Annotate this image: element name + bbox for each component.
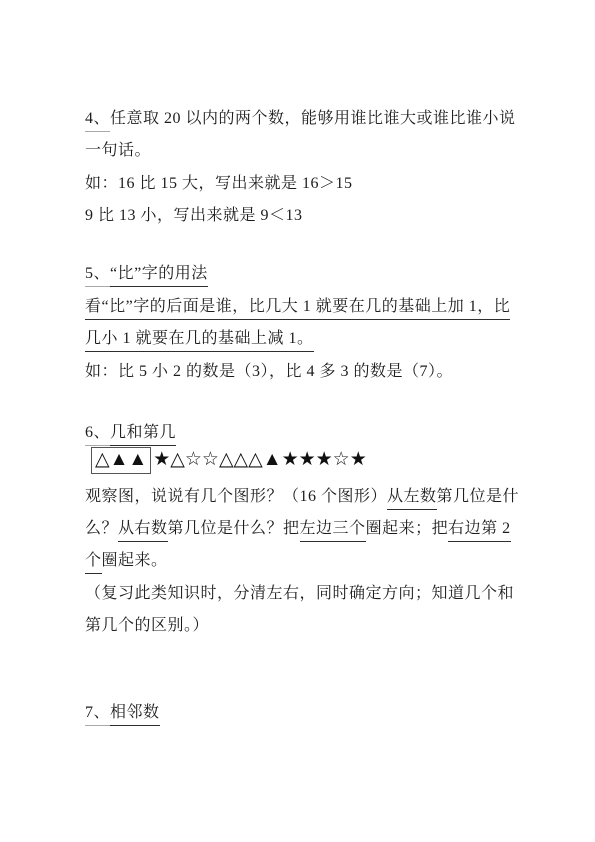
item7-heading: 7、相邻数 [85, 703, 160, 726]
item6-question-line-3: 个圈起来。 [85, 551, 168, 574]
item4-example2-text: 9 比 13 小，写出来就是 9＜13 [85, 207, 303, 224]
question-underline-from-right: 从右数 [118, 519, 168, 542]
shapes-sequence: ★△☆☆△△△▲★★★☆★ [153, 449, 367, 470]
item4-line-2: 一句话。 [85, 141, 151, 161]
question-text-1: 观察图，说说有几个图形？（16 个图形） [85, 488, 387, 505]
item5-rule-line-2: 几小 1 就要在几的基础上减 1。 [85, 329, 314, 352]
question-underline-ge: 个 [85, 551, 102, 574]
item5-example-text: 如：比 5 小 2 的数是（3），比 4 多 3 的数是（7）。 [85, 363, 453, 380]
item6-note-line-1: （复习此类知识时，分清左右，同时确定方向；知道几个和 [85, 584, 514, 604]
item4-example-2: 9 比 13 小，写出来就是 9＜13 [85, 206, 303, 226]
note-text-1: （复习此类知识时，分清左右，同时确定方向；知道几个和 [85, 585, 514, 602]
item6-note-line-2: 第几个的区别。） [85, 616, 209, 636]
item5-heading-text: “比”字的用法 [110, 264, 208, 287]
item7-number: 7、 [85, 703, 110, 726]
document-page: 4、任意取 20 以内的两个数，能够用谁比谁大或谁比谁小说 一句话。 如：16 … [0, 0, 595, 842]
item4-example1-text: 如：16 比 15 大，写出来就是 16＞15 [85, 175, 353, 192]
item5-rule-line-1: 看“比”字的后面是谁，比几大 1 就要在几的基础上加 1，比 [85, 297, 510, 320]
question-text-5: 圈起来；把 [366, 520, 449, 537]
item4-text-part1: 任意取 20 以内的两个数，能够用谁比谁大或谁比谁小说 [110, 110, 516, 127]
question-underline-right-2nd: 右边第 2 [448, 519, 511, 542]
item6-question-line-2: 么？从右数第几位是什么？把左边三个圈起来；把右边第 2 [85, 519, 511, 542]
item6-number: 6、 [85, 423, 110, 446]
item4-example-1: 如：16 比 15 大，写出来就是 16＞15 [85, 174, 353, 194]
note-text-2: 第几个的区别。） [85, 617, 209, 634]
question-text-4: 第几位是什么？把 [168, 520, 300, 537]
item4-text-part2: 一句话。 [85, 142, 151, 159]
item5-number: 5、 [85, 264, 110, 287]
question-text-3: 么？ [85, 520, 118, 537]
question-text-2: 第几位是什 [437, 488, 520, 505]
question-underline-left-three: 左边三个 [300, 519, 366, 542]
item6-heading: 6、几和第几 [85, 423, 176, 446]
item5-heading: 5、“比”字的用法 [85, 264, 208, 287]
item4-number: 4、 [85, 109, 110, 132]
question-underline-from-left: 从左数 [387, 487, 437, 510]
item6-heading-text: 几和第几 [110, 423, 176, 446]
item5-rule-text2: 几小 1 就要在几的基础上减 1。 [85, 329, 314, 352]
shapes-box-group: △▲▲ [91, 447, 151, 474]
question-text-6: 圈起来。 [102, 552, 168, 569]
item6-question-line-1: 观察图，说说有几个图形？（16 个图形）从左数第几位是什 [85, 487, 519, 510]
item5-example: 如：比 5 小 2 的数是（3），比 4 多 3 的数是（7）。 [85, 362, 453, 382]
item5-rule-text1: 看“比”字的后面是谁，比几大 1 就要在几的基础上加 1，比 [85, 297, 510, 320]
shapes-row: △▲▲★△☆☆△△△▲★★★☆★ [91, 447, 367, 474]
item7-heading-text: 相邻数 [110, 703, 160, 726]
item4-line-1: 4、任意取 20 以内的两个数，能够用谁比谁大或谁比谁小说 [85, 109, 516, 132]
